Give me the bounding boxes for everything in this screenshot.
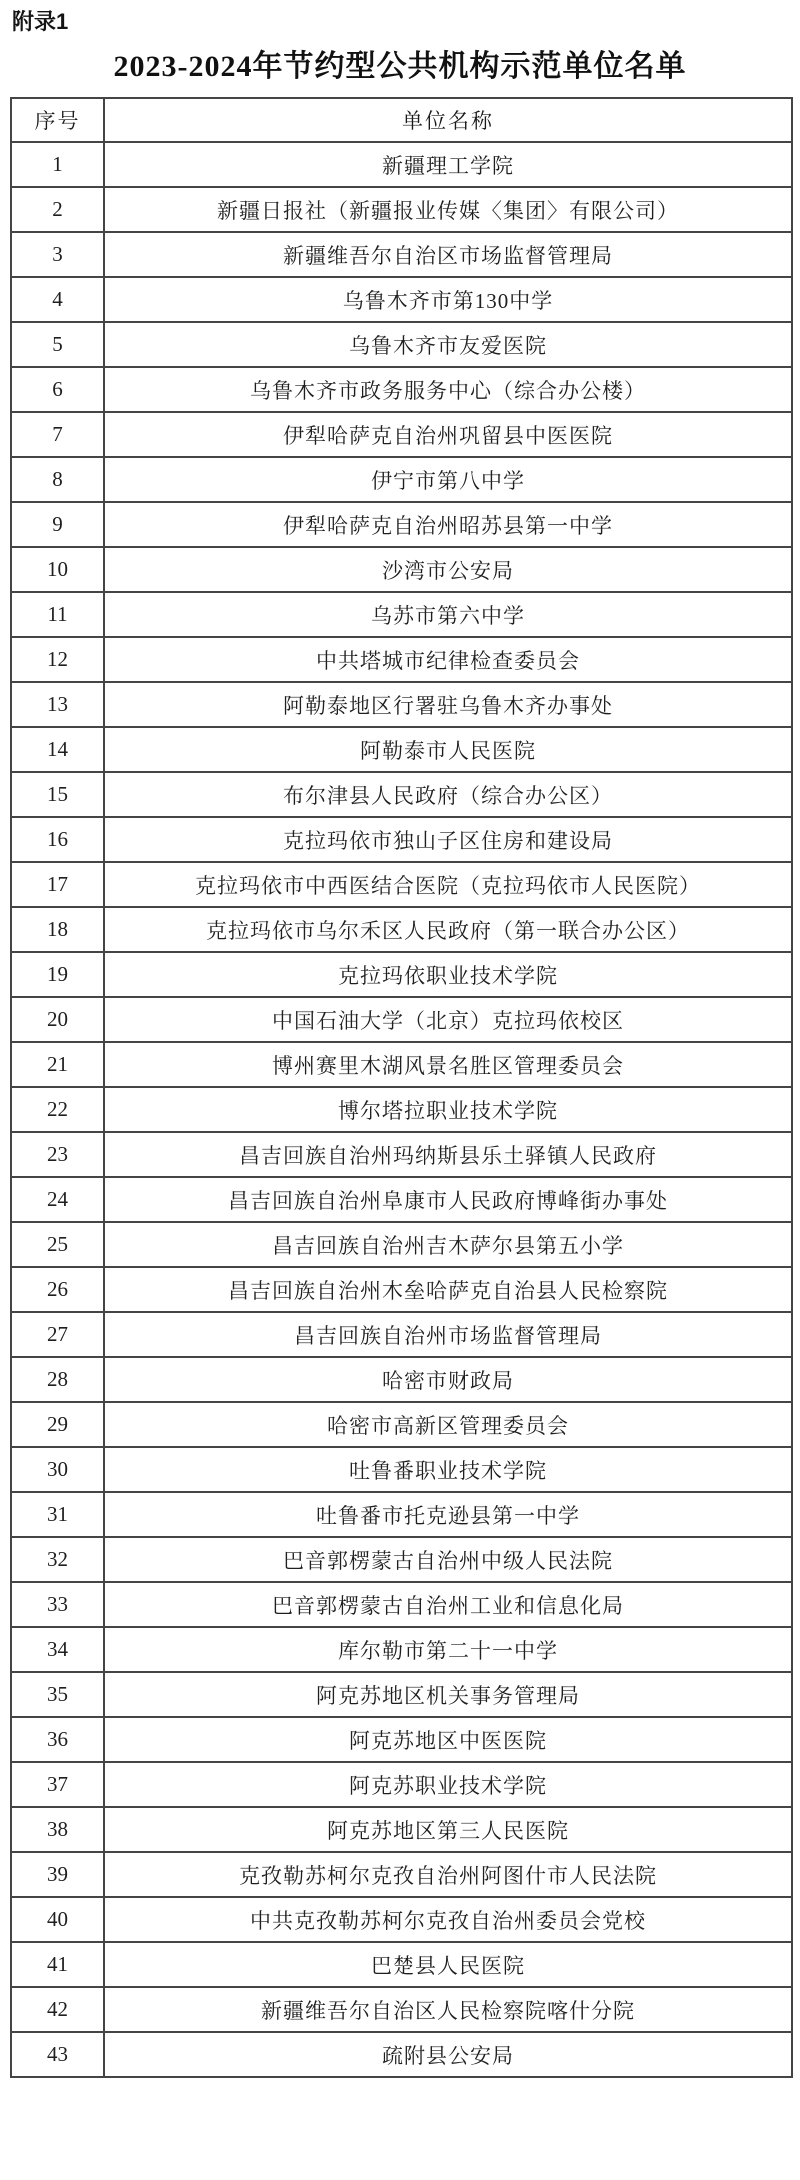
header-cell-name: 单位名称	[104, 98, 792, 142]
unit-name: 乌苏市第六中学	[104, 592, 792, 637]
table-header-row: 序号 单位名称	[11, 98, 792, 142]
table-row: 6乌鲁木齐市政务服务中心（综合办公楼）	[11, 367, 792, 412]
unit-name: 阿勒泰市人民医院	[104, 727, 792, 772]
row-number: 19	[11, 952, 104, 997]
row-number: 18	[11, 907, 104, 952]
row-number: 35	[11, 1672, 104, 1717]
table-row: 17克拉玛依市中西医结合医院（克拉玛依市人民医院）	[11, 862, 792, 907]
row-number: 23	[11, 1132, 104, 1177]
unit-name: 中共克孜勒苏柯尔克孜自治州委员会党校	[104, 1897, 792, 1942]
table-row: 15布尔津县人民政府（综合办公区）	[11, 772, 792, 817]
row-number: 40	[11, 1897, 104, 1942]
table-row: 2新疆日报社（新疆报业传媒〈集团〉有限公司）	[11, 187, 792, 232]
unit-name: 哈密市财政局	[104, 1357, 792, 1402]
row-number: 25	[11, 1222, 104, 1267]
row-number: 43	[11, 2032, 104, 2077]
unit-name: 克孜勒苏柯尔克孜自治州阿图什市人民法院	[104, 1852, 792, 1897]
table-row: 23昌吉回族自治州玛纳斯县乐土驿镇人民政府	[11, 1132, 792, 1177]
row-number: 31	[11, 1492, 104, 1537]
row-number: 8	[11, 457, 104, 502]
table-row: 28哈密市财政局	[11, 1357, 792, 1402]
table-row: 41巴楚县人民医院	[11, 1942, 792, 1987]
unit-name: 吐鲁番市托克逊县第一中学	[104, 1492, 792, 1537]
unit-name: 巴音郭楞蒙古自治州中级人民法院	[104, 1537, 792, 1582]
page-title: 2023-2024年节约型公共机构示范单位名单	[0, 46, 800, 88]
unit-name: 库尔勒市第二十一中学	[104, 1627, 792, 1672]
unit-name: 昌吉回族自治州吉木萨尔县第五小学	[104, 1222, 792, 1267]
table-row: 1新疆理工学院	[11, 142, 792, 187]
unit-table: 序号 单位名称 1新疆理工学院2新疆日报社（新疆报业传媒〈集团〉有限公司）3新疆…	[10, 97, 793, 2078]
row-number: 4	[11, 277, 104, 322]
row-number: 22	[11, 1087, 104, 1132]
row-number: 10	[11, 547, 104, 592]
table-row: 14阿勒泰市人民医院	[11, 727, 792, 772]
row-number: 16	[11, 817, 104, 862]
unit-name: 克拉玛依市乌尔禾区人民政府（第一联合办公区）	[104, 907, 792, 952]
row-number: 28	[11, 1357, 104, 1402]
row-number: 5	[11, 322, 104, 367]
row-number: 42	[11, 1987, 104, 2032]
table-row: 5乌鲁木齐市友爱医院	[11, 322, 792, 367]
unit-name: 博尔塔拉职业技术学院	[104, 1087, 792, 1132]
table-row: 39克孜勒苏柯尔克孜自治州阿图什市人民法院	[11, 1852, 792, 1897]
unit-name: 伊犁哈萨克自治州昭苏县第一中学	[104, 502, 792, 547]
row-number: 12	[11, 637, 104, 682]
row-number: 9	[11, 502, 104, 547]
table-row: 20中国石油大学（北京）克拉玛依校区	[11, 997, 792, 1042]
unit-name: 新疆日报社（新疆报业传媒〈集团〉有限公司）	[104, 187, 792, 232]
row-number: 13	[11, 682, 104, 727]
table-row: 35阿克苏地区机关事务管理局	[11, 1672, 792, 1717]
unit-name: 新疆维吾尔自治区人民检察院喀什分院	[104, 1987, 792, 2032]
unit-name: 乌鲁木齐市第130中学	[104, 277, 792, 322]
row-number: 37	[11, 1762, 104, 1807]
row-number: 14	[11, 727, 104, 772]
table-row: 13阿勒泰地区行署驻乌鲁木齐办事处	[11, 682, 792, 727]
unit-name: 疏附县公安局	[104, 2032, 792, 2077]
row-number: 30	[11, 1447, 104, 1492]
row-number: 26	[11, 1267, 104, 1312]
unit-name: 阿克苏地区第三人民医院	[104, 1807, 792, 1852]
unit-name: 阿克苏地区中医医院	[104, 1717, 792, 1762]
unit-name: 伊犁哈萨克自治州巩留县中医医院	[104, 412, 792, 457]
table-row: 10沙湾市公安局	[11, 547, 792, 592]
table-row: 31吐鲁番市托克逊县第一中学	[11, 1492, 792, 1537]
table-row: 19克拉玛依职业技术学院	[11, 952, 792, 997]
row-number: 20	[11, 997, 104, 1042]
unit-name: 昌吉回族自治州市场监督管理局	[104, 1312, 792, 1357]
row-number: 15	[11, 772, 104, 817]
table-row: 34库尔勒市第二十一中学	[11, 1627, 792, 1672]
table-row: 33巴音郭楞蒙古自治州工业和信息化局	[11, 1582, 792, 1627]
unit-name: 阿克苏地区机关事务管理局	[104, 1672, 792, 1717]
unit-name: 阿克苏职业技术学院	[104, 1762, 792, 1807]
unit-name: 新疆理工学院	[104, 142, 792, 187]
unit-name: 巴楚县人民医院	[104, 1942, 792, 1987]
table-row: 11乌苏市第六中学	[11, 592, 792, 637]
table-row: 16克拉玛依市独山子区住房和建设局	[11, 817, 792, 862]
unit-name: 巴音郭楞蒙古自治州工业和信息化局	[104, 1582, 792, 1627]
row-number: 27	[11, 1312, 104, 1357]
unit-name: 乌鲁木齐市友爱医院	[104, 322, 792, 367]
unit-name: 阿勒泰地区行署驻乌鲁木齐办事处	[104, 682, 792, 727]
table-row: 38阿克苏地区第三人民医院	[11, 1807, 792, 1852]
unit-name: 吐鲁番职业技术学院	[104, 1447, 792, 1492]
row-number: 6	[11, 367, 104, 412]
table-row: 40中共克孜勒苏柯尔克孜自治州委员会党校	[11, 1897, 792, 1942]
table-row: 22博尔塔拉职业技术学院	[11, 1087, 792, 1132]
table-row: 26昌吉回族自治州木垒哈萨克自治县人民检察院	[11, 1267, 792, 1312]
unit-name: 伊宁市第八中学	[104, 457, 792, 502]
table-row: 18克拉玛依市乌尔禾区人民政府（第一联合办公区）	[11, 907, 792, 952]
unit-name: 昌吉回族自治州木垒哈萨克自治县人民检察院	[104, 1267, 792, 1312]
table-row: 8伊宁市第八中学	[11, 457, 792, 502]
unit-name: 中共塔城市纪律检查委员会	[104, 637, 792, 682]
row-number: 1	[11, 142, 104, 187]
row-number: 11	[11, 592, 104, 637]
row-number: 34	[11, 1627, 104, 1672]
table-row: 32巴音郭楞蒙古自治州中级人民法院	[11, 1537, 792, 1582]
table-row: 29哈密市高新区管理委员会	[11, 1402, 792, 1447]
row-number: 39	[11, 1852, 104, 1897]
table-row: 42新疆维吾尔自治区人民检察院喀什分院	[11, 1987, 792, 2032]
table-row: 21博州赛里木湖风景名胜区管理委员会	[11, 1042, 792, 1087]
unit-name: 沙湾市公安局	[104, 547, 792, 592]
table-row: 25昌吉回族自治州吉木萨尔县第五小学	[11, 1222, 792, 1267]
row-number: 36	[11, 1717, 104, 1762]
unit-name: 博州赛里木湖风景名胜区管理委员会	[104, 1042, 792, 1087]
row-number: 3	[11, 232, 104, 277]
table-row: 7伊犁哈萨克自治州巩留县中医医院	[11, 412, 792, 457]
table-row: 4乌鲁木齐市第130中学	[11, 277, 792, 322]
row-number: 17	[11, 862, 104, 907]
table-row: 27昌吉回族自治州市场监督管理局	[11, 1312, 792, 1357]
row-number: 38	[11, 1807, 104, 1852]
unit-name: 克拉玛依市独山子区住房和建设局	[104, 817, 792, 862]
table-row: 24昌吉回族自治州阜康市人民政府博峰街办事处	[11, 1177, 792, 1222]
unit-name: 克拉玛依市中西医结合医院（克拉玛依市人民医院）	[104, 862, 792, 907]
row-number: 32	[11, 1537, 104, 1582]
row-number: 24	[11, 1177, 104, 1222]
unit-name: 乌鲁木齐市政务服务中心（综合办公楼）	[104, 367, 792, 412]
table-row: 30吐鲁番职业技术学院	[11, 1447, 792, 1492]
row-number: 41	[11, 1942, 104, 1987]
table-row: 9伊犁哈萨克自治州昭苏县第一中学	[11, 502, 792, 547]
unit-name: 布尔津县人民政府（综合办公区）	[104, 772, 792, 817]
unit-table-body: 1新疆理工学院2新疆日报社（新疆报业传媒〈集团〉有限公司）3新疆维吾尔自治区市场…	[11, 142, 792, 2077]
row-number: 29	[11, 1402, 104, 1447]
appendix-label: 附录1	[0, 0, 800, 35]
unit-name: 昌吉回族自治州阜康市人民政府博峰街办事处	[104, 1177, 792, 1222]
document-page: 附录1 2023-2024年节约型公共机构示范单位名单 序号 单位名称 1新疆理…	[0, 0, 800, 2180]
unit-name: 新疆维吾尔自治区市场监督管理局	[104, 232, 792, 277]
row-number: 21	[11, 1042, 104, 1087]
unit-name: 中国石油大学（北京）克拉玛依校区	[104, 997, 792, 1042]
table-row: 36阿克苏地区中医医院	[11, 1717, 792, 1762]
unit-name: 昌吉回族自治州玛纳斯县乐土驿镇人民政府	[104, 1132, 792, 1177]
row-number: 7	[11, 412, 104, 457]
header-cell-no: 序号	[11, 98, 104, 142]
table-row: 3新疆维吾尔自治区市场监督管理局	[11, 232, 792, 277]
row-number: 2	[11, 187, 104, 232]
unit-name: 克拉玛依职业技术学院	[104, 952, 792, 997]
table-row: 37阿克苏职业技术学院	[11, 1762, 792, 1807]
unit-name: 哈密市高新区管理委员会	[104, 1402, 792, 1447]
table-row: 43疏附县公安局	[11, 2032, 792, 2077]
table-row: 12中共塔城市纪律检查委员会	[11, 637, 792, 682]
row-number: 33	[11, 1582, 104, 1627]
